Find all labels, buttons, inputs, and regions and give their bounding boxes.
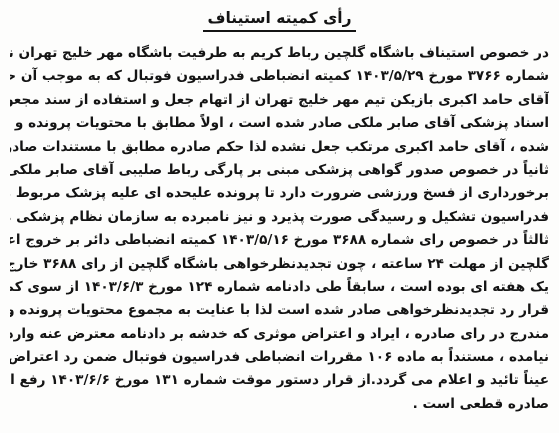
document-line: ثالثاً در خصوص رای شماره ۳۶۸۸ مورخ ۱۴۰۳/… xyxy=(10,229,549,252)
document-header: رأی کمیته استیناف xyxy=(10,8,549,32)
document-title: رأی کمیته استیناف xyxy=(203,9,355,32)
document-line: در خصوص استیناف باشگاه گلچین رباط کریم ب… xyxy=(10,42,549,65)
document-line: اسناد پزشکی آقای صابر ملکی صادر شده است … xyxy=(10,112,549,135)
document-line: عیناً تائید و اعلام می گردد.از قرار دستو… xyxy=(10,369,549,392)
document-line: آقای حامد اکبری بازیکن تیم مهر خلیج تهرا… xyxy=(10,89,549,112)
document-page: رأی کمیته استیناف در خصوص استیناف باشگاه… xyxy=(0,0,559,433)
document-line: شده ، آقای حامد اکبری مرتکب جعل نشده لذا… xyxy=(10,136,549,159)
document-line: صادره قطعی است . xyxy=(10,393,549,416)
document-body: در خصوص استیناف باشگاه گلچین رباط کریم ب… xyxy=(10,42,549,416)
document-line: قرار رد تجدیدنظرخواهی صادر شده است لذا ب… xyxy=(10,299,549,322)
document-line: شماره ۳۷۶۶ مورخ ۱۴۰۳/۵/۲۹ کمیته انضباطی … xyxy=(10,65,549,88)
document-line: یک هفته ای بوده است ، سابقاً طی دادنامه … xyxy=(10,276,549,299)
document-line: نیامده ، مستنداً به ماده ۱۰۶ مقررات انضب… xyxy=(10,346,549,369)
document-line: فدراسیون تشکیل و رسیدگی صورت پذیرد و نیز… xyxy=(10,206,549,229)
document-line: گلچین از مهلت ۲۴ ساعته ، چون تجدیدنظرخوا… xyxy=(10,253,549,276)
document-line: ثانیاً در خصوص صدور گواهی پزشکی مبنی بر … xyxy=(10,159,549,182)
document-line: مندرج در رای صادره ، ایراد و اعتراض موثر… xyxy=(10,323,549,346)
document-line: برخورداری از فسخ ورزشی ضرورت دارد تا پرو… xyxy=(10,182,549,205)
